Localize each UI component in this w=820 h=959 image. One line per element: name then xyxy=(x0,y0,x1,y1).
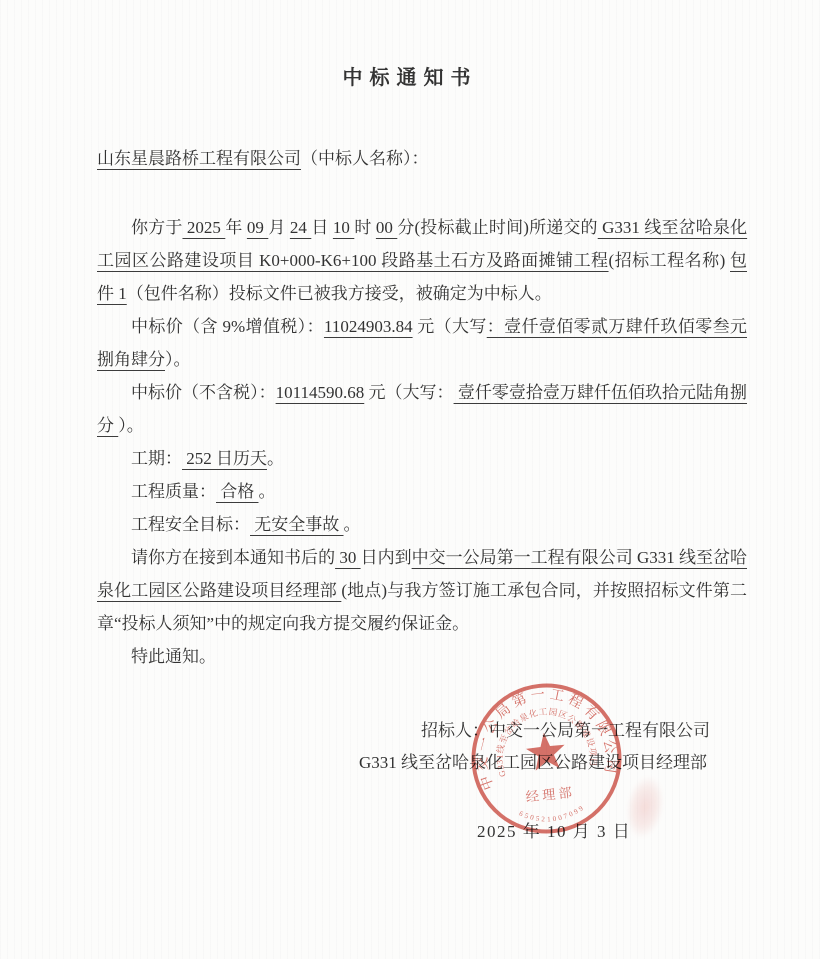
official-seal: 中交一公局第一工程有限公司 G331线至岔哈泉化工园区公路建设项目 经理部 65… xyxy=(468,680,625,837)
text-segment: 时 xyxy=(354,218,376,237)
text-segment: （包件名称）投标文件已被我方接受，被确定为中标人。 xyxy=(127,284,552,303)
bid-deadline-minute: 00 xyxy=(376,218,397,237)
winner-name: 山东星晨路桥工程有限公司 xyxy=(97,149,301,168)
days-to-sign: 30 xyxy=(335,548,361,567)
paragraph-contract-instructions: 请你方在接到本通知书后的 30 日内到中交一公局第一工程有限公司 G331 线至… xyxy=(97,541,747,640)
text-segment: 分(投标截止时间)所递交的 xyxy=(397,218,597,237)
bid-deadline-year: 2025 xyxy=(182,218,225,237)
bid-deadline-month: 09 xyxy=(247,218,268,237)
safety-target: 无安全事故 xyxy=(250,515,344,534)
award-price-with-tax: 11024903.84 xyxy=(324,317,413,336)
text-segment: 日内到 xyxy=(361,548,412,567)
quality-standard: 合格 xyxy=(216,482,259,501)
text-segment: 元（大写： xyxy=(364,383,453,402)
scanned-document-page: 中标通知书 山东星晨路桥工程有限公司（中标人名称）： 你方于 2025 年 09… xyxy=(0,0,820,959)
seal-group: 中交一公局第一工程有限公司 G331线至岔哈泉化工园区公路建设项目 经理部 65… xyxy=(468,680,625,837)
seal-department-text: 经理部 xyxy=(525,785,576,805)
paragraph-duration: 工期： 252 日历天。 xyxy=(97,442,747,475)
award-price-without-tax: 10114590.68 xyxy=(276,383,365,402)
text-segment: （中标人名称）： xyxy=(301,149,429,168)
text-segment: 月 xyxy=(268,218,290,237)
paragraph-notice-closing: 特此通知。 xyxy=(97,640,747,673)
text-segment: 年 xyxy=(225,218,247,237)
paragraph-quality: 工程质量： 合格 。 xyxy=(97,475,747,508)
text-segment: 。 xyxy=(344,515,361,534)
text-segment: 你方于 xyxy=(131,218,182,237)
document-body: 山东星晨路桥工程有限公司（中标人名称）： 你方于 2025 年 09 月 24 … xyxy=(97,142,747,673)
paragraph-bid-acceptance: 你方于 2025 年 09 月 24 日 10 时 00 分(投标截止时间)所递… xyxy=(97,211,747,310)
paragraph-price-with-tax: 中标价（含 9%增值税）：11024903.84 元（大写：壹仟壹佰零贰万肆仟玖… xyxy=(97,310,747,376)
paragraph-price-without-tax: 中标价（不含税）：10114590.68 元（大写： 壹仟零壹拾壹万肆仟伍佰玖拾… xyxy=(97,376,747,442)
paragraph-safety: 工程安全目标： 无安全事故 。 xyxy=(97,508,747,541)
text-segment: 元（大写 xyxy=(413,317,487,336)
addressee-line: 山东星晨路桥工程有限公司（中标人名称）： xyxy=(97,142,747,175)
bid-deadline-day: 24 xyxy=(290,218,311,237)
text-segment: 日 xyxy=(311,218,333,237)
seal-star-icon xyxy=(525,731,567,772)
text-segment: ）。 xyxy=(165,350,191,369)
text-segment: 请你方在接到本通知书后的 xyxy=(131,548,335,567)
text-segment: 工程质量： xyxy=(131,482,216,501)
document-title: 中标通知书 xyxy=(0,61,820,90)
text-segment: 。 xyxy=(259,482,276,501)
text-segment: ）。 xyxy=(118,416,144,435)
text-segment: 工程安全目标： xyxy=(131,515,250,534)
text-segment: 。 xyxy=(267,449,284,468)
bid-deadline-hour: 10 xyxy=(333,218,354,237)
text-segment: (招标工程名称) xyxy=(609,251,730,270)
construction-duration: 252 日历天 xyxy=(182,449,267,468)
text-segment: 中标价（不含税）： xyxy=(131,383,276,402)
text-segment: 中标价（含 9%增值税）： xyxy=(131,317,324,336)
text-segment: 工期： xyxy=(131,449,182,468)
